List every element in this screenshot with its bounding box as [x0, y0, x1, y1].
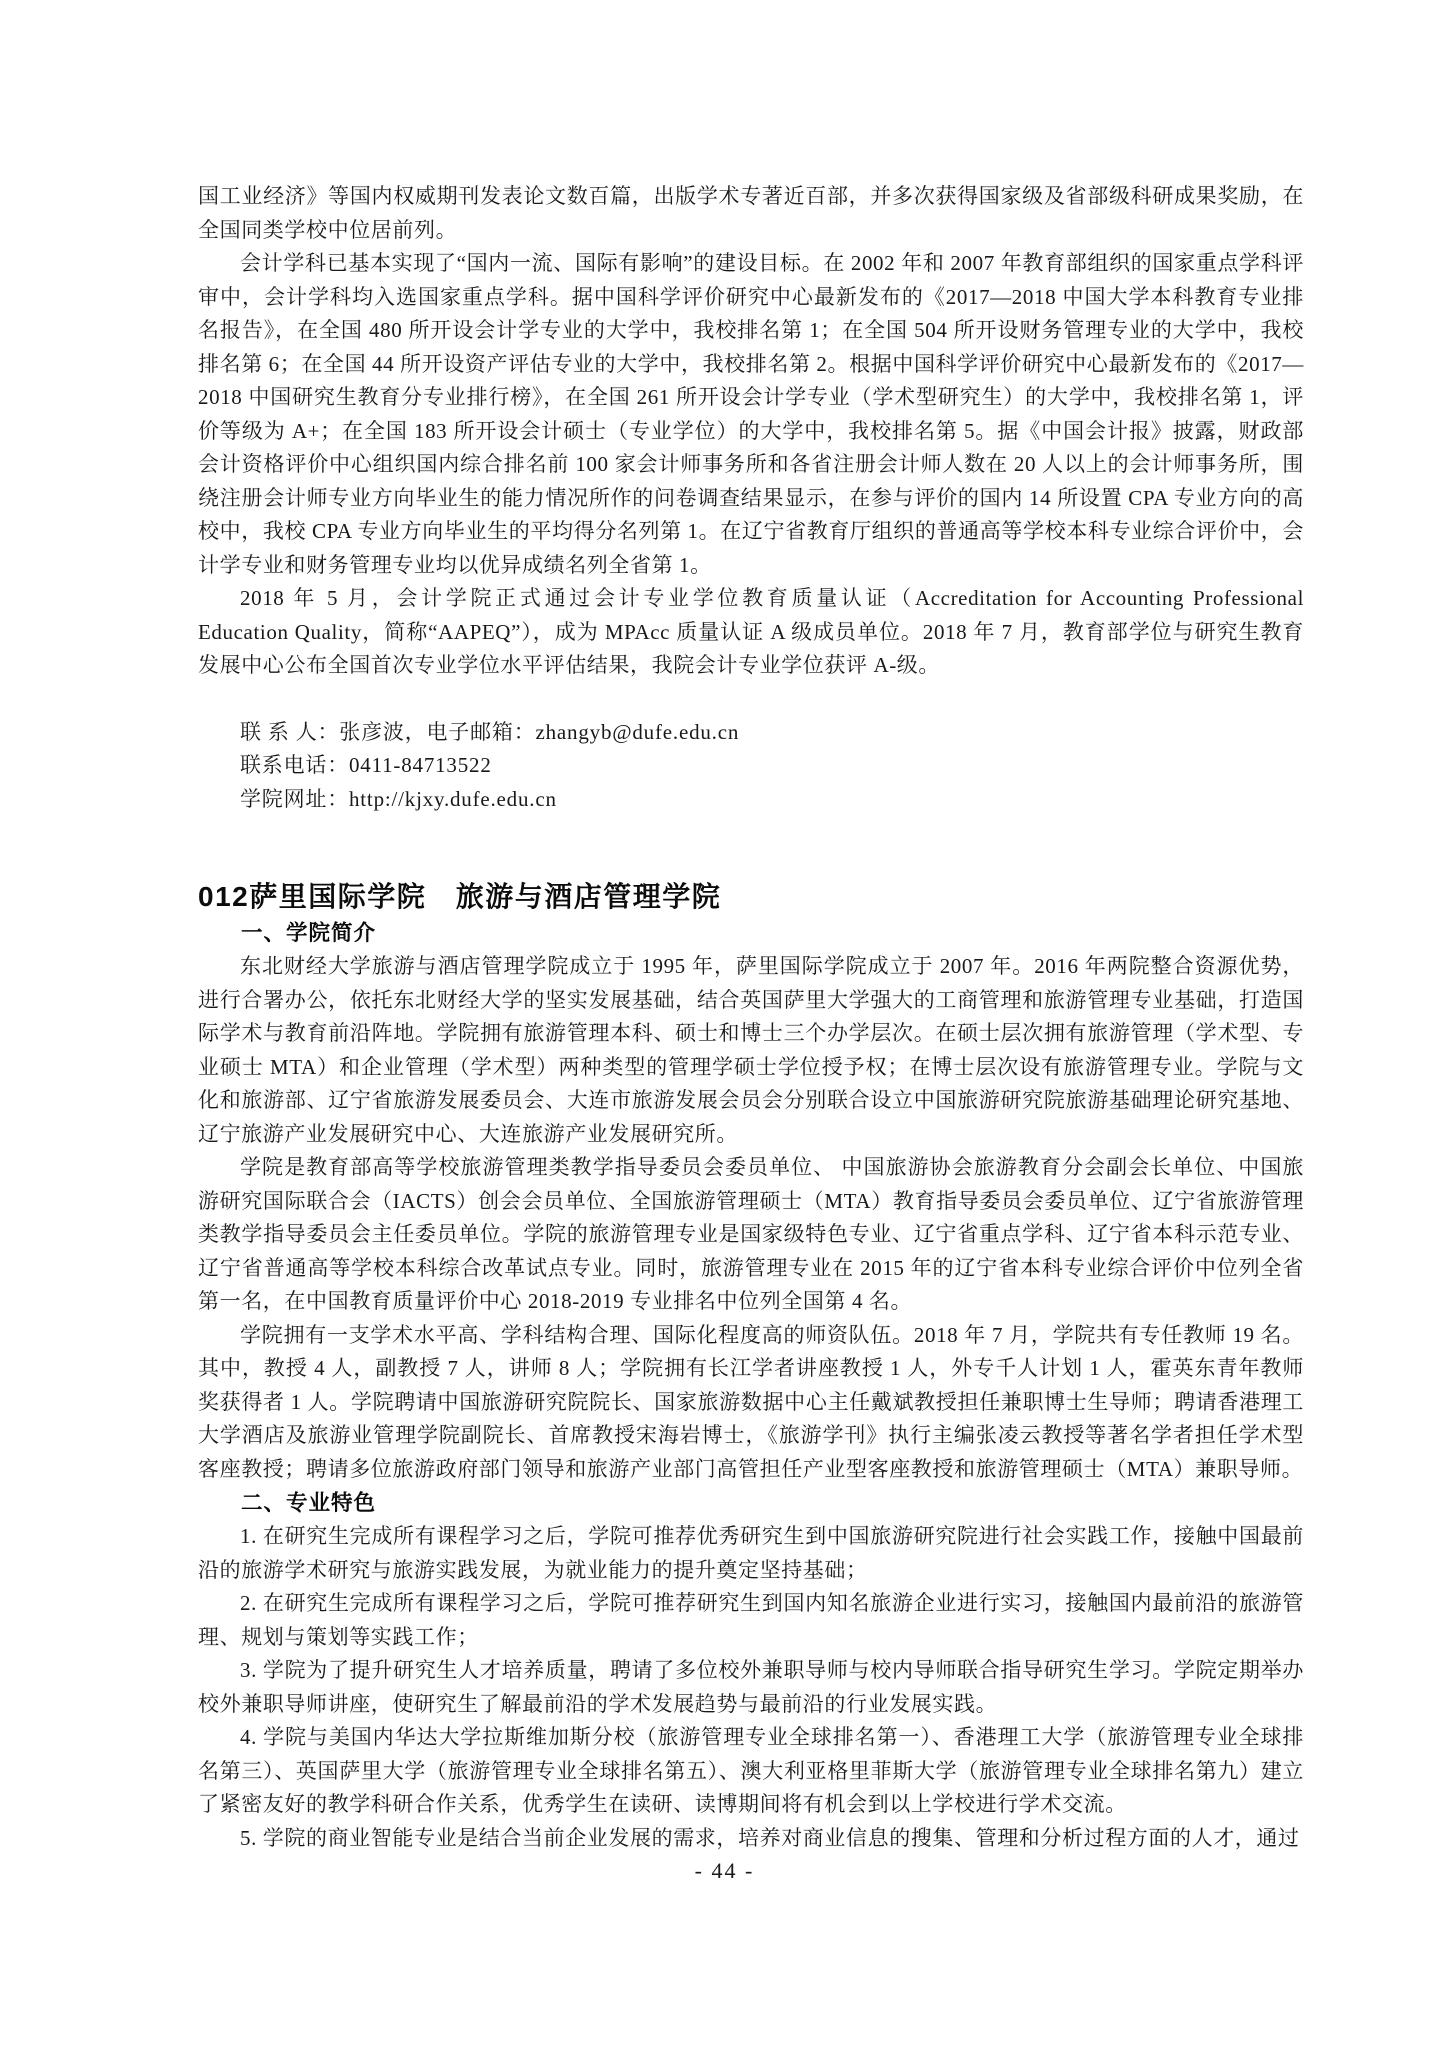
- paragraph-feature-4: 4. 学院与美国内华达大学拉斯维加斯分校（旅游管理专业全球排名第一）、香港理工大…: [198, 1721, 1304, 1822]
- paragraph-accounting-continuation: 国工业经济》等国内权威期刊发表论文数百篇，出版学术专著近百部，并多次获得国家级及…: [198, 180, 1304, 247]
- paragraph-feature-1: 1. 在研究生完成所有课程学习之后，学院可推荐优秀研究生到中国旅游研究院进行社会…: [198, 1520, 1304, 1587]
- paragraph-surrey-intro-2: 学院是教育部高等学校旅游管理类教学指导委员会委员单位、 中国旅游协会旅游教育分会…: [198, 1151, 1304, 1319]
- contact-website-line: 学院网址：http://kjxy.dufe.edu.cn: [198, 783, 1304, 817]
- paragraph-feature-5: 5. 学院的商业智能专业是结合当前企业发展的需求，培养对商业信息的搜集、管理和分…: [198, 1822, 1304, 1856]
- section-heading-surrey-institute: 012萨里国际学院 旅游与酒店管理学院: [198, 878, 1304, 916]
- contact-block: 联 系 人：张彦波，电子邮箱：zhangyb@dufe.edu.cn 联系电话：…: [198, 716, 1304, 817]
- paragraph-accounting-discipline: 会计学科已基本实现了“国内一流、国际有影响”的建设目标。在 2002 年和 20…: [198, 247, 1304, 582]
- paragraph-feature-3: 3. 学院为了提升研究生人才培养质量，聘请了多位校外兼职导师与校内导师联合指导研…: [198, 1654, 1304, 1721]
- contact-person-line: 联 系 人：张彦波，电子邮箱：zhangyb@dufe.edu.cn: [198, 716, 1304, 750]
- page-number: - 44 -: [0, 1858, 1449, 1884]
- subheading-institute-overview: 一、学院简介: [198, 916, 1304, 950]
- paragraph-feature-2: 2. 在研究生完成所有课程学习之后，学院可推荐研究生到国内知名旅游企业进行实习，…: [198, 1587, 1304, 1654]
- paragraph-surrey-intro-3: 学院拥有一支学术水平高、学科结构合理、国际化程度高的师资队伍。2018 年 7 …: [198, 1319, 1304, 1487]
- paragraph-surrey-intro-1: 东北财经大学旅游与酒店管理学院成立于 1995 年，萨里国际学院成立于 2007…: [198, 950, 1304, 1151]
- document-page: 国工业经济》等国内权威期刊发表论文数百篇，出版学术专著近百部，并多次获得国家级及…: [0, 0, 1449, 2048]
- subheading-program-features: 二、专业特色: [198, 1486, 1304, 1520]
- page-content: 国工业经济》等国内权威期刊发表论文数百篇，出版学术专著近百部，并多次获得国家级及…: [198, 180, 1304, 1855]
- paragraph-accounting-accreditation: 2018 年 5 月，会计学院正式通过会计专业学位教育质量认证（Accredit…: [198, 582, 1304, 683]
- contact-phone-line: 联系电话：0411-84713522: [198, 749, 1304, 783]
